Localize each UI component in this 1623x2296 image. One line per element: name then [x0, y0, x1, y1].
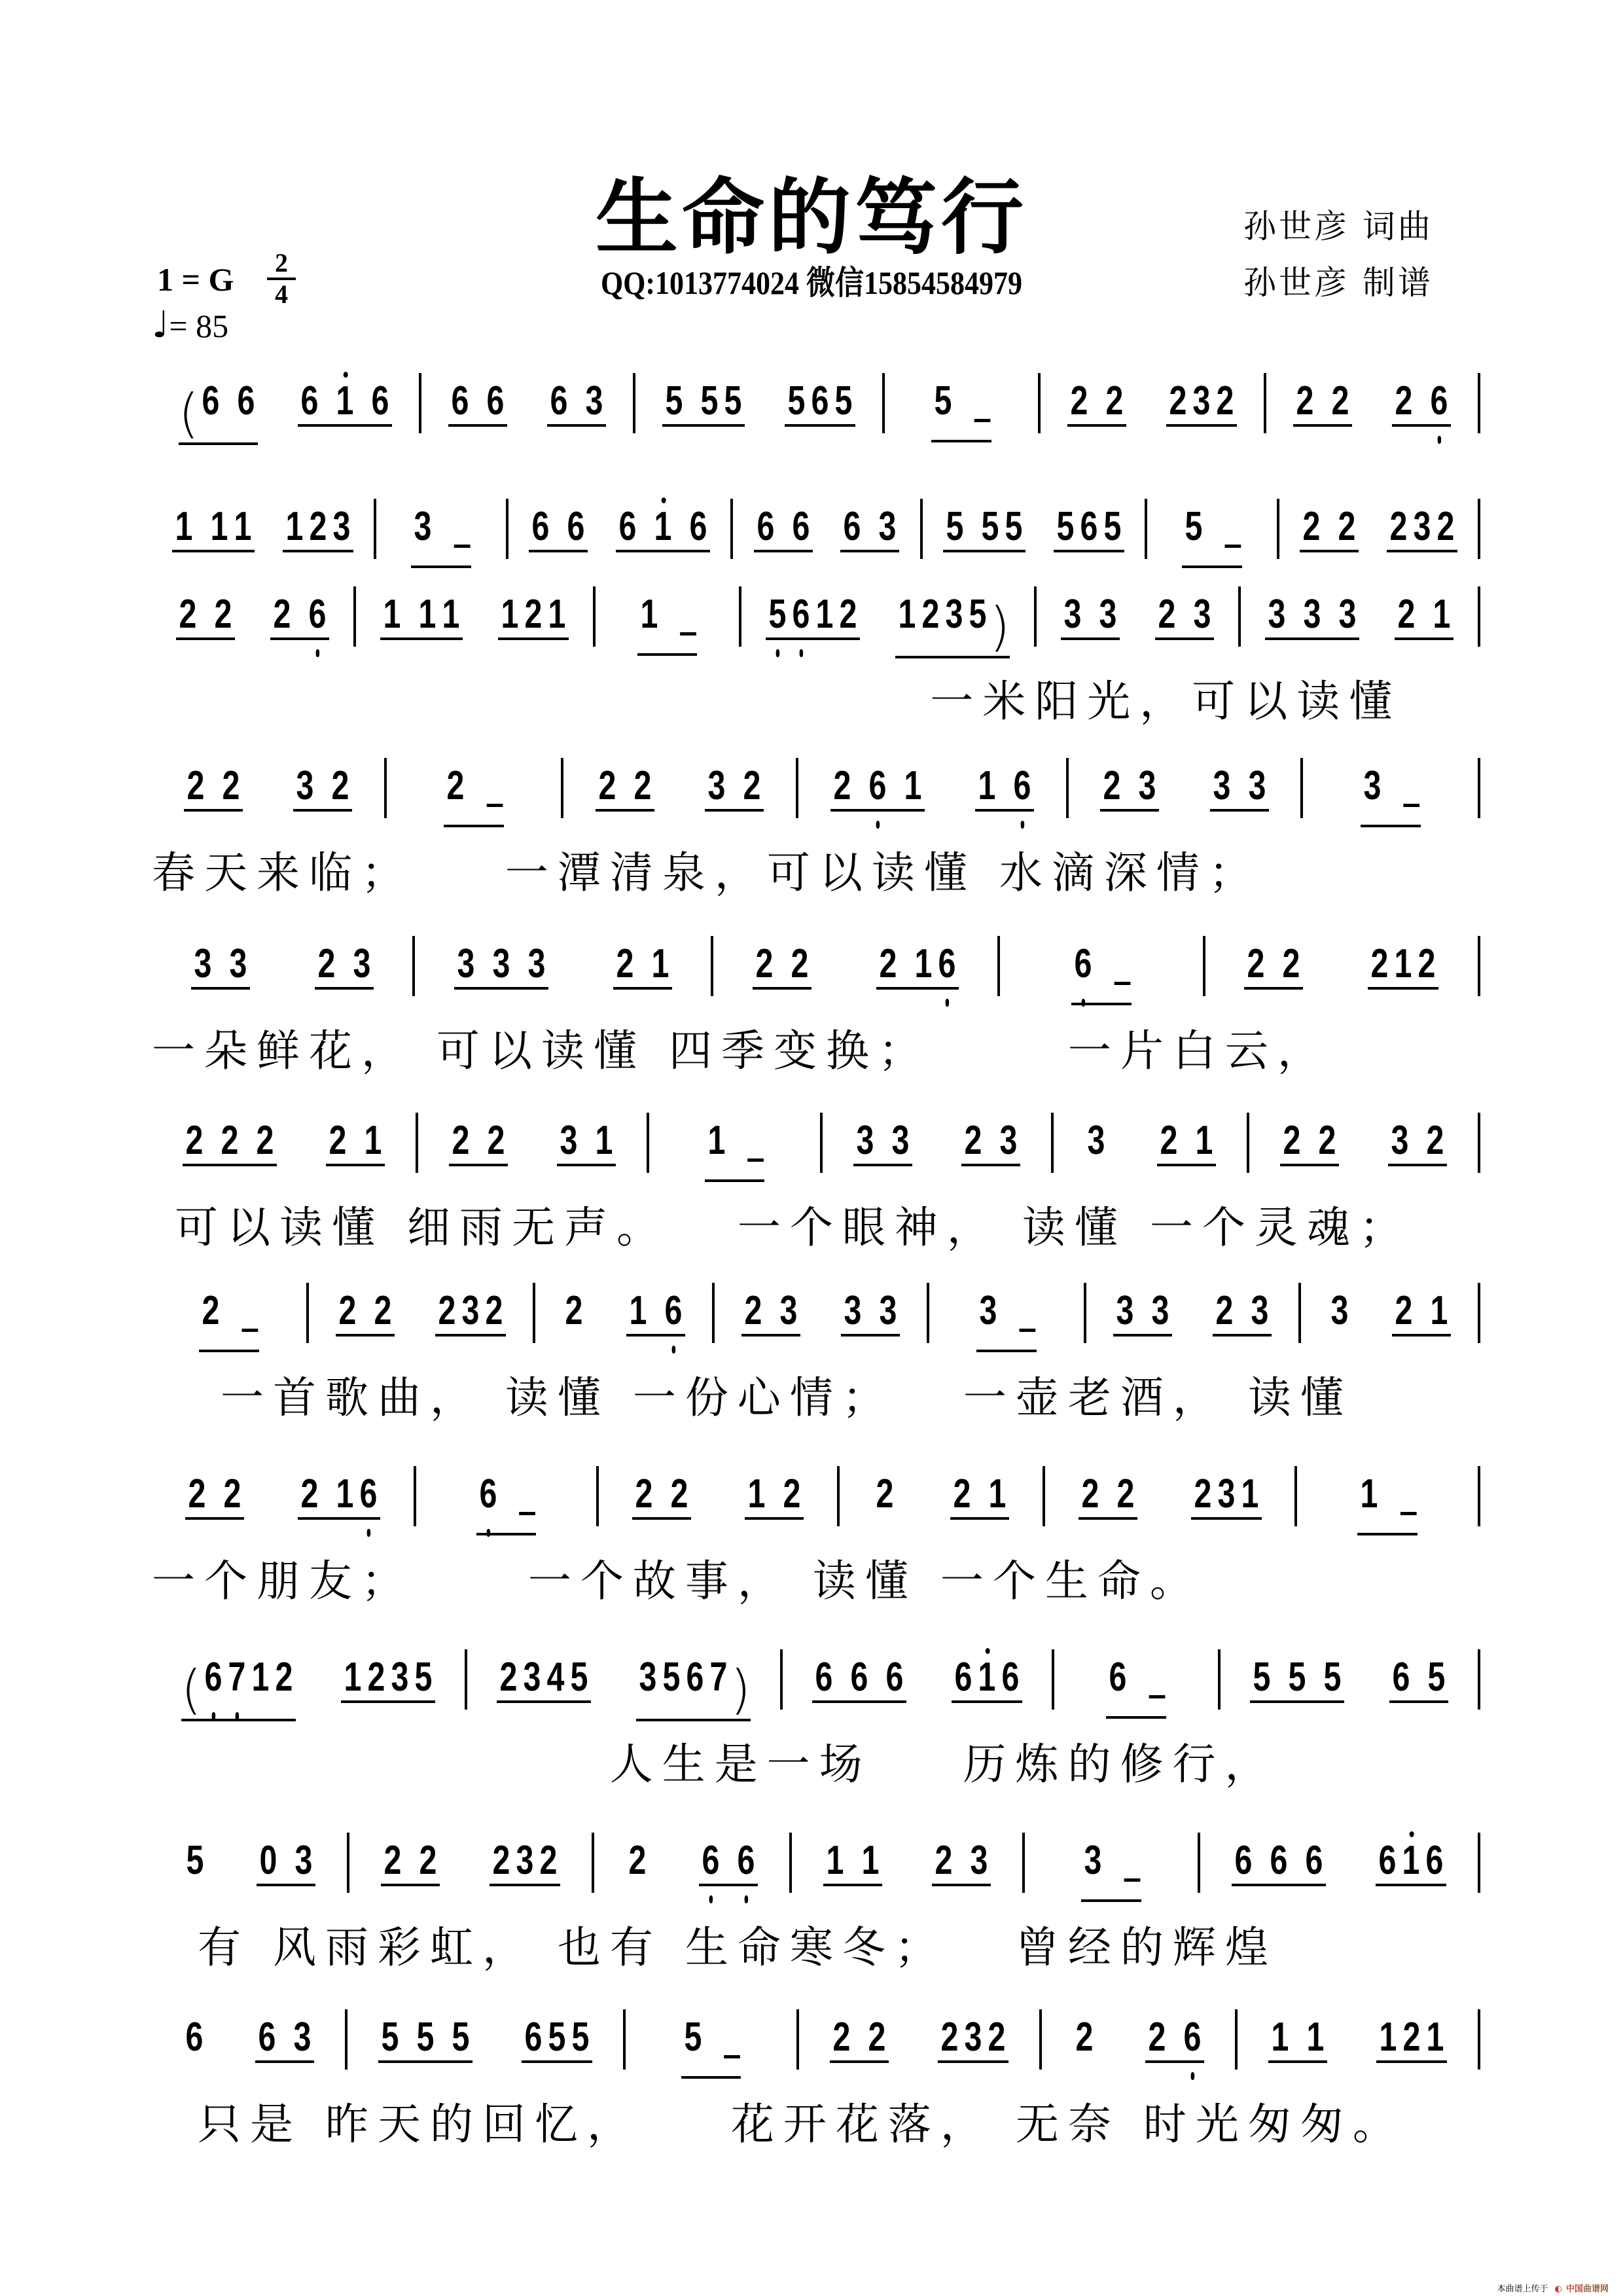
- note: 6: [815, 1657, 833, 1698]
- note: 2: [628, 1840, 647, 1881]
- beat-group: 22: [184, 751, 243, 812]
- note: 5: [684, 2017, 702, 2058]
- note: 1: [1306, 2017, 1325, 2058]
- note: 6: [1109, 1657, 1127, 1698]
- beat-group: 23: [1213, 1276, 1272, 1336]
- note: 6: [1270, 1840, 1288, 1881]
- note: 1: [1195, 1121, 1213, 1161]
- beat-group: 3–: [1081, 1826, 1141, 1902]
- notation-row: 2222122311–33233212232: [152, 1106, 1480, 1178]
- beat-group: 5–: [681, 2003, 741, 2079]
- note: 6: [792, 507, 810, 547]
- note: 2: [438, 1291, 456, 1331]
- beat-group: 555: [662, 367, 745, 427]
- note: 2: [452, 1121, 470, 1161]
- beat-group: 22: [1079, 1460, 1137, 1520]
- note: 2: [1318, 1121, 1336, 1161]
- beat-group: 616: [952, 1643, 1022, 1703]
- note: 3: [332, 507, 351, 547]
- note: 3: [878, 507, 897, 547]
- note: 3: [844, 1291, 862, 1331]
- note: 3: [1330, 1291, 1349, 1331]
- note: 3: [1151, 1291, 1169, 1331]
- measure: 3–: [1025, 1826, 1198, 1898]
- note: 2: [1331, 381, 1349, 422]
- beat-group: 21: [1392, 1276, 1451, 1336]
- beat-group: 1–: [1357, 1460, 1418, 1535]
- note: 6: [1001, 1657, 1020, 1698]
- note: 5: [834, 381, 853, 422]
- note: 5: [969, 594, 987, 635]
- note: 7: [709, 1657, 728, 1698]
- note: 2: [1389, 507, 1408, 547]
- beat-group: 63: [547, 367, 606, 427]
- note: 6: [300, 381, 319, 422]
- site-name-b: 曲谱网: [1583, 2284, 1609, 2294]
- note: 1: [988, 1474, 1007, 1515]
- note: 2: [964, 1121, 982, 1161]
- note: 3: [1303, 594, 1321, 635]
- note: 6: [792, 594, 810, 635]
- beat-group: 216: [298, 1460, 380, 1520]
- note: 2: [1070, 381, 1088, 422]
- measure: 22232: [799, 2003, 1039, 2075]
- note: 1: [904, 766, 922, 806]
- note: 3: [293, 2017, 312, 2058]
- note: 3: [779, 1291, 798, 1331]
- note: 3: [491, 944, 510, 984]
- note: 1: [344, 1657, 362, 1698]
- note: 1: [629, 1291, 647, 1331]
- note: 1: [1402, 1840, 1420, 1881]
- lyrics-line: 有 风雨彩虹， 也有 生命寒冬； 曾经的辉煌: [152, 1912, 1480, 1978]
- beat-group: 232: [1166, 367, 1237, 427]
- note: 5: [1103, 507, 1122, 547]
- dash-extension: –: [747, 1121, 765, 1177]
- beat-group: 33: [1113, 1276, 1172, 1336]
- beat-group: 216: [876, 929, 959, 990]
- beat-group: 33: [1061, 580, 1120, 640]
- beat-group: 333: [454, 929, 548, 990]
- beat-group: 616: [616, 492, 710, 552]
- note: 3: [1116, 1291, 1134, 1331]
- note: 2: [1296, 381, 1314, 422]
- note: 2: [338, 1291, 357, 1331]
- note: 5: [548, 2017, 566, 2058]
- note: 2: [202, 1291, 220, 1331]
- measure: (66616: [152, 367, 419, 439]
- note: 3: [391, 1657, 409, 1698]
- beat-group: 232: [1387, 492, 1457, 552]
- beat-group: 66: [529, 492, 588, 552]
- score-line: 2222122311–33233212232 可以读懂 细雨无声。 一个眼神， …: [152, 1106, 1480, 1270]
- measure: 22216: [152, 1460, 414, 1532]
- measure: 33321: [1241, 580, 1478, 652]
- note: 1: [640, 594, 658, 635]
- beat-group: 23: [315, 929, 374, 990]
- note: 3: [891, 1121, 910, 1161]
- measure: 6–: [1000, 929, 1203, 1001]
- measure: 3–: [929, 1276, 1084, 1348]
- site-logo-icon: ◐: [1555, 2284, 1562, 2294]
- beat-group: 12: [745, 1460, 804, 1520]
- site-name-a: 中国: [1566, 2284, 1583, 2294]
- note: 3: [527, 944, 545, 984]
- note: 6: [479, 1474, 497, 1515]
- measure: 503: [152, 1826, 347, 1898]
- beat-group: 616: [298, 367, 392, 427]
- note: 5: [700, 381, 719, 422]
- note: 6: [689, 507, 707, 547]
- note: 6: [237, 381, 255, 422]
- note: 3: [1268, 594, 1286, 635]
- note: 2: [1081, 1474, 1099, 1515]
- beat-group: 555: [943, 492, 1026, 552]
- barline: [1478, 373, 1480, 433]
- beat-group: 1235: [341, 1643, 435, 1703]
- measure: 22212: [1205, 929, 1478, 1001]
- note: 1: [898, 594, 916, 635]
- note: 2: [616, 944, 634, 984]
- time-signature: 2 4: [267, 250, 296, 308]
- beat-group: 22: [1293, 367, 1352, 427]
- beat-group: (66: [179, 367, 258, 445]
- barline: [1478, 499, 1480, 559]
- note: 5: [662, 1657, 681, 1698]
- beat-group: 1–: [637, 580, 698, 656]
- note: 3: [707, 766, 726, 806]
- note: 2: [485, 1291, 503, 1331]
- beat-group: 5–: [1182, 492, 1242, 568]
- lyrics-line: 一朵鲜花， 可以读懂 四季变换； 一片白云，: [152, 1016, 1480, 1081]
- note: 2: [223, 1474, 241, 1515]
- score-line: 22322–22322611623333–春天来临； 一潭清泉，可以读懂 水滴深…: [152, 751, 1480, 915]
- beat-group: 66: [699, 1826, 758, 1886]
- barline: [1478, 758, 1480, 818]
- note: 6: [702, 1840, 720, 1881]
- note: 2: [743, 766, 761, 806]
- beat-group: 232: [938, 2003, 1008, 2063]
- note: 2: [374, 1291, 392, 1331]
- beat-group: 121: [498, 580, 569, 640]
- beat-group: 655: [522, 2003, 592, 2063]
- note: 3: [296, 766, 314, 806]
- measure: 6663: [733, 492, 919, 564]
- lyrics-line: 春天来临； 一潭清泉，可以读懂 水滴深情；: [152, 838, 1480, 903]
- note: 1: [914, 944, 933, 984]
- beat-group: 232: [435, 1276, 506, 1336]
- note: 2: [1216, 381, 1234, 422]
- beat-group: 666: [1232, 1826, 1326, 1886]
- dash-extension: –: [1113, 944, 1132, 1000]
- credit-notation: 孙世彦 制谱: [1243, 257, 1433, 304]
- note: 6: [451, 381, 469, 422]
- measure: 1–: [596, 580, 740, 652]
- note: 2: [187, 766, 205, 806]
- note: 3: [193, 944, 211, 984]
- measure: 266: [594, 1826, 789, 1898]
- barline: [1478, 2009, 1480, 2070]
- note: 1: [364, 1121, 382, 1161]
- note: 3: [1338, 594, 1357, 635]
- note: 2: [317, 944, 335, 984]
- note: 5: [186, 1840, 204, 1881]
- note: 2: [1370, 944, 1389, 984]
- open-paren: (: [179, 381, 199, 440]
- lyrics-line: 一首歌曲， 读懂 一份心情； 一壶老酒， 读懂: [152, 1363, 1480, 1428]
- note: 2: [188, 1474, 206, 1515]
- note: 1: [336, 381, 354, 422]
- beat-group: 22: [753, 929, 811, 990]
- measure: 555655: [348, 2003, 623, 2075]
- beat-group: 22: [596, 751, 654, 812]
- beat-group: 66: [448, 367, 507, 427]
- beat-group: 22: [336, 1276, 395, 1336]
- score-line: 22261111211–56121235)332333321 一米阳光，可以读懂: [152, 580, 1480, 744]
- beat-group: 111: [172, 492, 255, 552]
- measure: 216: [535, 1276, 712, 1348]
- note: 6: [686, 1657, 704, 1698]
- note: 3: [1138, 766, 1156, 806]
- beat-group: 23: [961, 1106, 1020, 1166]
- beat-group: 32: [293, 751, 352, 812]
- note: 2: [1395, 381, 1413, 422]
- measure: 22232: [1041, 367, 1264, 439]
- measure: 2–: [387, 751, 562, 823]
- note: 2: [300, 1474, 319, 1515]
- note: 6: [1425, 1840, 1444, 1881]
- measure: 321: [1301, 1276, 1478, 1348]
- note: 2: [879, 944, 897, 984]
- note: 1: [501, 594, 519, 635]
- note: 6: [843, 507, 861, 547]
- barline: [1478, 1466, 1480, 1526]
- beat-group: 555: [1250, 1643, 1344, 1703]
- dash-extension: –: [1123, 1840, 1141, 1897]
- measure: 22232: [309, 1276, 533, 1348]
- note: 2: [1103, 766, 1121, 806]
- measure: 3323: [823, 1106, 1051, 1178]
- note: 2: [524, 594, 543, 635]
- score-page: 生命的笃行 孙世彦 词曲 QQ:1013774024 微信15854584979…: [0, 0, 1623, 2296]
- note: 6: [258, 2017, 276, 2058]
- barline: [1478, 1833, 1480, 1893]
- measure: 6–: [416, 1460, 597, 1532]
- score-line: 222166–2212221222311–一个朋友； 一个故事， 读懂 一个生命…: [152, 1460, 1480, 1623]
- note: 3: [1193, 594, 1211, 635]
- note: 2: [791, 944, 809, 984]
- dash-extension: –: [1148, 1657, 1166, 1713]
- measure: 11121: [1238, 2003, 1478, 2075]
- note: 2: [1436, 507, 1455, 547]
- measure: 1123: [792, 1826, 1022, 1898]
- note: 1: [826, 1840, 844, 1881]
- time-signature-numerator: 2: [267, 250, 296, 276]
- note: 2: [1282, 944, 1300, 984]
- note: 2: [222, 766, 240, 806]
- note: 3: [1363, 766, 1382, 806]
- close-paren: ): [990, 594, 1010, 653]
- measure: 111121: [356, 580, 593, 652]
- note: 5: [1005, 507, 1023, 547]
- note: 6: [1392, 1657, 1410, 1698]
- beat-group: 23: [1155, 580, 1214, 640]
- note: 2: [1160, 1121, 1178, 1161]
- note: 2: [598, 766, 616, 806]
- note: 1: [707, 1121, 726, 1161]
- note: 3: [964, 2017, 982, 2058]
- beat-group: 21: [326, 1106, 385, 1166]
- note: 2: [499, 1657, 518, 1698]
- beat-group: 2: [1073, 2003, 1096, 2058]
- beat-group: 555: [378, 2003, 473, 2063]
- note: 2: [935, 1840, 953, 1881]
- close-paren: ): [730, 1657, 751, 1716]
- note: 6: [1305, 1840, 1323, 1881]
- beat-group: 2: [873, 1460, 897, 1515]
- beat-group: 5–: [931, 367, 991, 442]
- note: 2: [783, 1474, 801, 1515]
- note: 2: [446, 766, 465, 806]
- measure: 26116: [798, 751, 1066, 823]
- note: 2: [1148, 2017, 1166, 2058]
- measure: 22221: [152, 1106, 416, 1178]
- beat-group: 1–: [705, 1106, 765, 1182]
- dash-extension: –: [1224, 507, 1242, 563]
- note: 3: [560, 1121, 578, 1161]
- note: 1: [175, 507, 193, 547]
- note: 2: [744, 1291, 762, 1331]
- note: 6: [204, 1657, 223, 1698]
- note: 3: [1391, 1121, 1409, 1161]
- beat-group: 23: [741, 1276, 800, 1336]
- note: 6: [1013, 766, 1031, 806]
- beat-group: 333: [1265, 580, 1359, 640]
- note: 3: [1099, 594, 1117, 635]
- beat-group: 22: [1300, 492, 1359, 552]
- beat-group: 3: [1084, 1106, 1108, 1161]
- note: 1: [234, 507, 252, 547]
- measure: 321: [1054, 1106, 1247, 1178]
- note: 5: [452, 2017, 470, 2058]
- beat-group: 3–: [1361, 751, 1421, 827]
- note: 3: [414, 507, 432, 547]
- measure: 226: [1042, 2003, 1235, 2075]
- note: 2: [1105, 381, 1124, 422]
- beat-group: 3–: [411, 492, 471, 568]
- beat-group: 33: [1210, 751, 1269, 812]
- note: 3: [1084, 1840, 1102, 1881]
- note: 2: [1215, 1291, 1234, 1331]
- time-signature-denominator: 4: [267, 281, 296, 308]
- beat-group: 32: [705, 751, 764, 812]
- barline: [1478, 1649, 1480, 1710]
- beat-group: 26: [1145, 2003, 1204, 2063]
- note: 2: [670, 1474, 688, 1515]
- note: 3: [1217, 1474, 1235, 1515]
- beat-group: 16: [975, 751, 1034, 812]
- beat-group: 21: [950, 1460, 1009, 1520]
- dash-extension: –: [973, 381, 991, 437]
- dash-extension: –: [518, 1474, 537, 1530]
- measure: 2232: [152, 751, 384, 823]
- note: 6: [308, 594, 327, 635]
- note: 6: [811, 381, 829, 422]
- beat-group: 121: [1376, 2003, 1447, 2063]
- note: 6: [531, 507, 550, 547]
- notation-row: 222166–2212221222311–: [152, 1460, 1480, 1532]
- note: 5: [416, 2017, 435, 2058]
- beat-group: 32: [1388, 1106, 1447, 1166]
- note: 2: [383, 1840, 402, 1881]
- dash-extension: –: [241, 1291, 259, 1347]
- note: 2: [367, 1657, 385, 1698]
- note: 2: [1116, 1474, 1135, 1515]
- beat-group: 2: [626, 1826, 649, 1881]
- note: 5: [1288, 1657, 1306, 1698]
- note: 3: [856, 1121, 874, 1161]
- beat-group: 22: [1067, 367, 1126, 427]
- note: 1: [1426, 2017, 1444, 2058]
- measure: 55565: [1221, 1643, 1478, 1715]
- measure: 2333: [1069, 751, 1301, 823]
- footer-watermark: 本曲谱上传于 ◐中国曲谱网: [1497, 2282, 1609, 2294]
- note: 3: [999, 1121, 1018, 1161]
- note: 6: [1074, 944, 1092, 984]
- lyrics-line: 一米阳光，可以读懂: [152, 666, 1480, 732]
- note: 5: [787, 381, 806, 422]
- note: 6: [359, 1474, 378, 1515]
- note: 3: [1413, 507, 1431, 547]
- measure: 2226: [1266, 367, 1478, 439]
- note: 2: [221, 1121, 239, 1161]
- note: 1: [978, 1657, 996, 1698]
- dash-extension: –: [1402, 766, 1421, 822]
- measure: 2232: [1249, 1106, 1478, 1178]
- beat-group: 3567): [636, 1643, 751, 1721]
- note: 3: [352, 944, 370, 984]
- score-line: 2–2223221623333–3323321 一首歌曲， 读懂 一份心情； 一…: [152, 1276, 1480, 1440]
- measure: 5–: [885, 367, 1039, 439]
- note: 6: [868, 766, 887, 806]
- note: 1: [978, 766, 996, 806]
- note: 2: [635, 1474, 653, 1515]
- beat-group: 22: [1280, 1106, 1339, 1166]
- note: 1: [548, 594, 566, 635]
- beat-group: 222: [183, 1106, 277, 1166]
- beat-group: 21: [613, 929, 672, 990]
- note: 2: [1283, 1121, 1301, 1161]
- lyrics-line: 人生是一场 历炼的修行，: [152, 1729, 1480, 1795]
- note: 3: [456, 944, 474, 984]
- note: 1: [651, 944, 669, 984]
- note: 5: [1427, 1657, 1446, 1698]
- note: 2: [988, 2017, 1006, 2058]
- note: 6: [1183, 2017, 1202, 2058]
- note: 2: [876, 1474, 894, 1515]
- beat-group: 23: [932, 1826, 991, 1886]
- beat-group: 22: [830, 2003, 889, 2063]
- note: 6: [737, 1840, 755, 1881]
- note: 1: [251, 1657, 270, 1698]
- note: 3: [461, 1291, 480, 1331]
- note: 6: [618, 507, 637, 547]
- lyrics-line: 只是 昨天的回忆， 花开花落， 无奈 时光匆匆。: [152, 2089, 1480, 2155]
- note: 2: [940, 2017, 959, 2058]
- dash-extension: –: [453, 507, 471, 563]
- measure: 33321: [415, 929, 711, 1001]
- tempo-value: = 85: [169, 308, 228, 344]
